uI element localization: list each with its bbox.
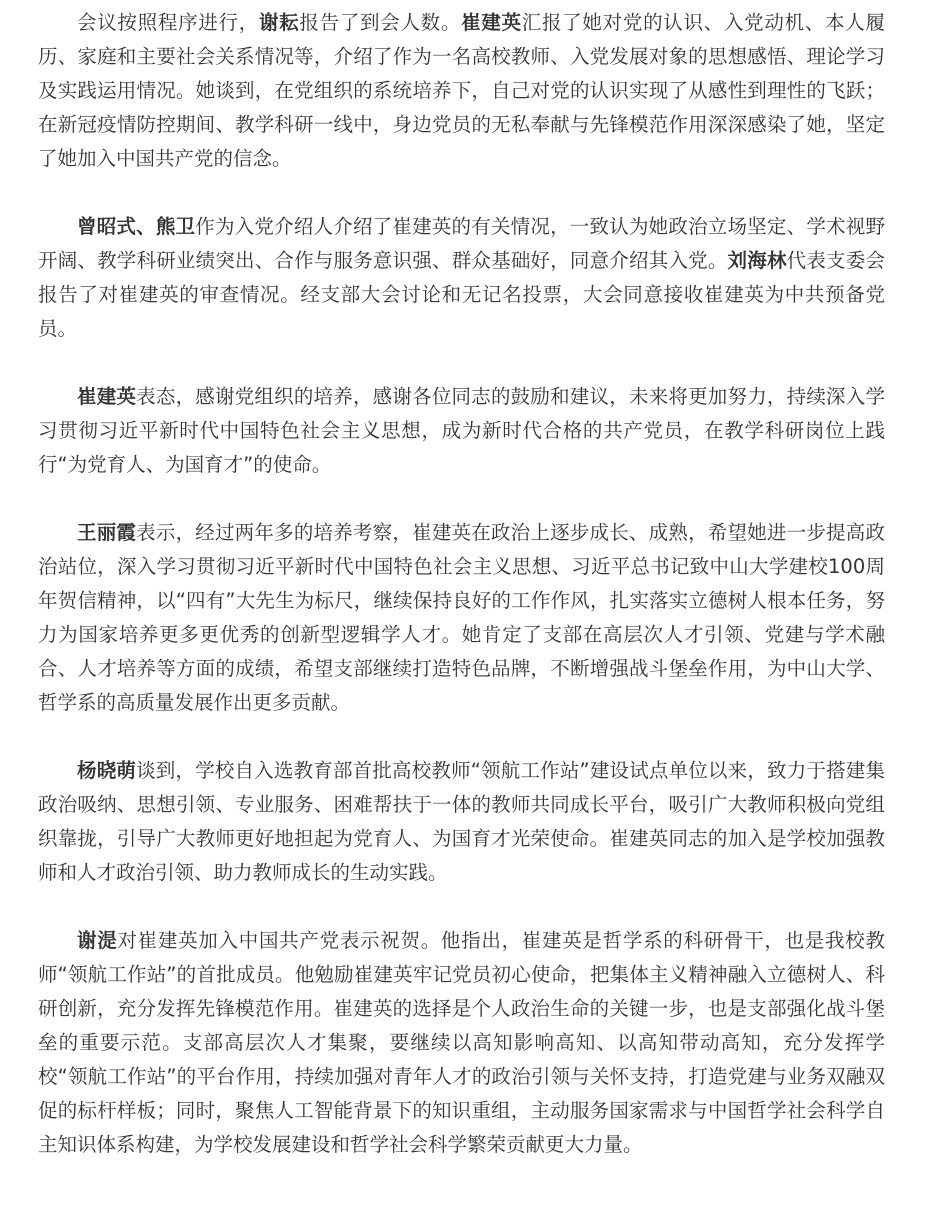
text: 表态，感谢党组织的培养，感谢各位同志的鼓励和建议，未来将更加努力，持续深入学习贯… [38, 385, 885, 476]
paragraph-wang-lixia: 王丽霞表示，经过两年多的培养考察，崔建英在政治上逐步成长、成熟，希望她进一步提高… [38, 516, 885, 720]
paragraph-introducers: 曾昭式、熊卫作为入党介绍人介绍了崔建英的有关情况，一致认为她政治立场坚定、学术视… [38, 210, 885, 346]
text: 对崔建英加入中国共产党表示祝贺。他指出，崔建英是哲学系的科研骨干，也是我校教师“… [38, 929, 885, 1156]
text: 表示，经过两年多的培养考察，崔建英在政治上逐步成长、成熟，希望她进一步提高政治站… [38, 521, 885, 714]
person-name: 刘海林 [728, 249, 787, 272]
person-name: 崔建英 [77, 385, 136, 408]
text: 会议按照程序进行， [77, 11, 259, 34]
person-name: 曾昭式、熊卫 [77, 215, 195, 238]
person-name: 王丽霞 [77, 521, 136, 544]
paragraph-xie-shi: 谢湜对崔建英加入中国共产党表示祝贺。他指出，崔建英是哲学系的科研骨干，也是我校教… [38, 924, 885, 1162]
text: 谈到，学校自入选教育部首批高校教师“领航工作站”建设试点单位以来，致力于搭建集政… [38, 759, 885, 884]
text: 汇报了她对党的认识、入党动机、本人履历、家庭和主要社会关系情况等，介绍了作为一名… [38, 11, 885, 170]
person-name: 谢湜 [77, 929, 117, 952]
person-name: 杨晓萌 [77, 759, 136, 782]
article-body: 会议按照程序进行，谢耘报告了到会人数。崔建英汇报了她对党的认识、入党动机、本人履… [0, 0, 925, 1162]
paragraph-yang-xiaomeng: 杨晓萌谈到，学校自入选教育部首批高校教师“领航工作站”建设试点单位以来，致力于搭… [38, 754, 885, 890]
text: 报告了到会人数。 [299, 11, 461, 34]
person-name: 谢耘 [259, 11, 299, 34]
paragraph-statement: 崔建英表态，感谢党组织的培养，感谢各位同志的鼓励和建议，未来将更加努力，持续深入… [38, 380, 885, 482]
paragraph-report: 会议按照程序进行，谢耘报告了到会人数。崔建英汇报了她对党的认识、入党动机、本人履… [38, 6, 885, 176]
person-name: 崔建英 [461, 11, 522, 34]
